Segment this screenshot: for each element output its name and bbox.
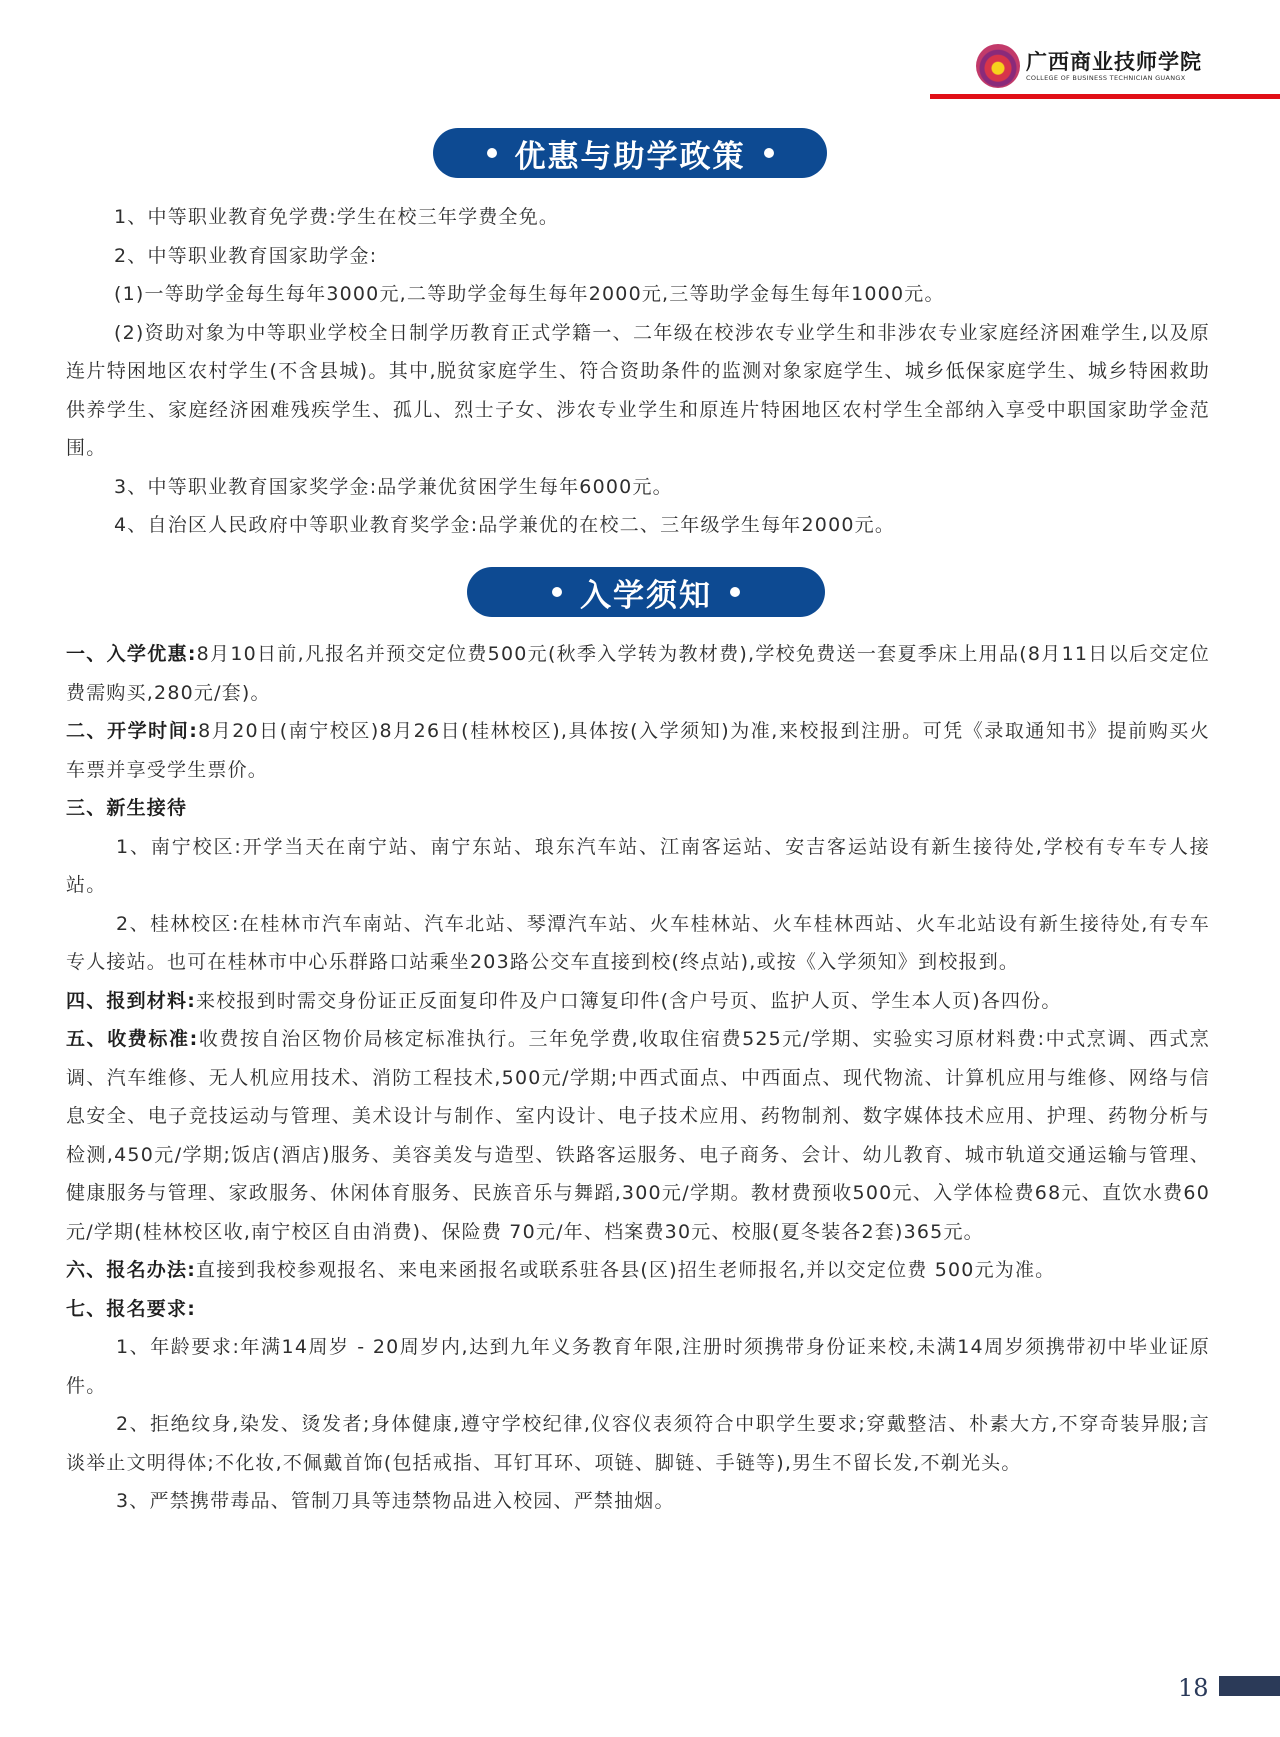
policy-paragraph: 1、中等职业教育免学费:学生在校三年学费全免。 [66,198,1210,237]
item-label: 七、报名要求: [66,1298,196,1320]
section-title-text: 入学须知 [580,570,712,615]
notice-item: 二、开学时间:8月20日(南宁校区)8月26日(桂林校区),具体按(入学须知)为… [66,712,1210,789]
notice-subitem: 1、年龄要求:年满14周岁 - 20周岁内,达到九年义务教育年限,注册时须携带身… [66,1328,1210,1405]
policy-paragraph: (1)一等助学金每生每年3000元,二等助学金每生每年2000元,三等助学金每生… [66,275,1210,314]
bullet-dot-icon [552,587,562,597]
item-text: 来校报到时需交身份证正反面复印件及户口簿复印件(含户号页、监护人页、学生本人页)… [196,990,1062,1012]
notice-subitem: 2、拒绝纹身,染发、烫发者;身体健康,遵守学校纪律,仪容仪表须符合中职学生要求;… [66,1405,1210,1482]
item-text: 收费按自治区物价局核定标准执行。三年免学费,收取住宿费525元/学期、实验实习原… [66,1028,1210,1243]
policies-content: 1、中等职业教育免学费:学生在校三年学费全免。 2、中等职业教育国家助学金: (… [66,198,1210,545]
notice-subitem: 1、南宁校区:开学当天在南宁站、南宁东站、琅东汽车站、江南客运站、安吉客运站设有… [66,828,1210,905]
policy-paragraph: 4、自治区人民政府中等职业教育奖学金:品学兼优的在校二、三年级学生每年2000元… [66,506,1210,545]
school-name-cn: 广西商业技师学院 [1026,50,1202,74]
item-label: 一、入学优惠: [66,643,197,665]
item-label: 四、报到材料: [66,990,196,1012]
notice-item: 三、新生接待 [66,789,1210,828]
policy-paragraph: (2)资助对象为中等职业学校全日制学历教育正式学籍一、二年级在校涉农专业学生和非… [66,314,1210,468]
notice-item: 六、报名办法:直接到我校参观报名、来电来函报名或联系驻各县(区)招生老师报名,并… [66,1251,1210,1290]
item-text: 8月10日前,凡报名并预交定位费500元(秋季入学转为教材费),学校免费送一套夏… [66,643,1210,704]
page-number-bar [1219,1676,1280,1696]
bullet-dot-icon [764,148,774,158]
school-logo: 广西商业技师学院 COLLEGE OF BUSINESS TECHNICIAN … [976,46,1202,86]
page-number: 18 [1178,1674,1209,1702]
header-red-rule [930,94,1280,99]
policy-paragraph: 3、中等职业教育国家奖学金:品学兼优贫困学生每年6000元。 [66,468,1210,507]
notice-subitem: 2、桂林校区:在桂林市汽车南站、汽车北站、琴潭汽车站、火车桂林站、火车桂林西站、… [66,905,1210,982]
enrollment-content: 一、入学优惠:8月10日前,凡报名并预交定位费500元(秋季入学转为教材费),学… [66,635,1210,1521]
item-label: 二、开学时间: [66,720,198,742]
item-text: 8月20日(南宁校区)8月26日(桂林校区),具体按(入学须知)为准,来校报到注… [66,720,1210,781]
item-label: 六、报名办法: [66,1259,196,1281]
section-title-enrollment-notice: 入学须知 [467,567,825,617]
notice-item: 四、报到材料:来校报到时需交身份证正反面复印件及户口簿复印件(含户号页、监护人页… [66,982,1210,1021]
bullet-dot-icon [730,587,740,597]
notice-item: 七、报名要求: [66,1290,1210,1329]
notice-item: 一、入学优惠:8月10日前,凡报名并预交定位费500元(秋季入学转为教材费),学… [66,635,1210,712]
policy-paragraph: 2、中等职业教育国家助学金: [66,237,1210,276]
item-label: 三、新生接待 [66,797,187,819]
notice-item: 五、收费标准:收费按自治区物价局核定标准执行。三年免学费,收取住宿费525元/学… [66,1020,1210,1251]
bullet-dot-icon [487,148,497,158]
item-text: 直接到我校参观报名、来电来函报名或联系驻各县(区)招生老师报名,并以交定位费 5… [196,1259,1055,1281]
notice-subitem: 3、严禁携带毒品、管制刀具等违禁物品进入校园、严禁抽烟。 [66,1482,1210,1521]
section-title-policies: 优惠与助学政策 [433,128,827,178]
school-emblem-icon [976,44,1020,88]
item-label: 五、收费标准: [66,1028,198,1050]
school-name-en: COLLEGE OF BUSINESS TECHNICIAN GUANGX [1026,74,1202,82]
section-title-text: 优惠与助学政策 [515,131,746,176]
